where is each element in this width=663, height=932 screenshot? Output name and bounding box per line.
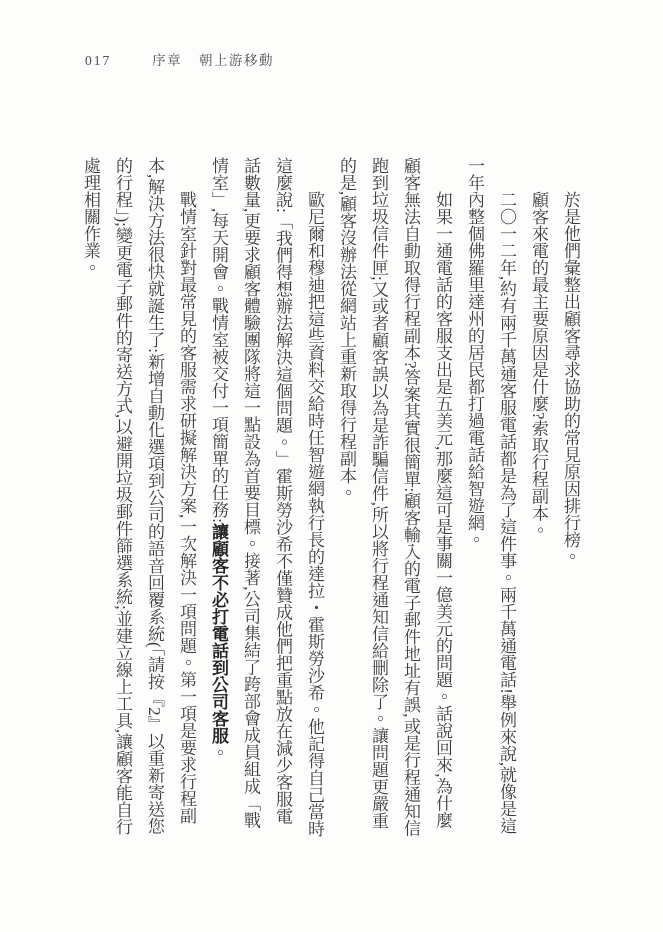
paragraph: 顧客來電的最主要原因是什麼?索取行程副本。 [522,157,554,837]
body-text: 於是他們彙整出顧客尋求協助的常見原因排行榜。顧客來電的最主要原因是什麼?索取行程… [74,157,586,837]
page-header: 017 序章 朝上游移動 [85,53,274,68]
paragraph-text: 顧客來電的最主要原因是什麼?索取行程副本。 [529,191,548,539]
paragraph: 戰情室針對最常見的客服需求研擬解決方案,一次解決一項問題。第一項是要求行程副本,… [74,157,202,837]
bold-emphasis-text: 讓顧客不必打電話到公司客服 [209,523,228,744]
chapter-label: 序章 [152,53,182,68]
chapter-title: 朝上游移動 [199,53,274,68]
page-number: 017 [85,53,111,68]
paragraph: 歐尼爾和穆迪把這些資料交給時任智遊網執行長的達拉・霍斯勞沙希。他記得自己當時這麼… [202,157,330,837]
book-page: 017 序章 朝上游移動 於是他們彙整出顧客尋求協助的常見原因排行榜。顧客來電的… [0,0,663,932]
paragraph-text: 。 [209,744,228,761]
paragraph-text: 二〇一二年,約有兩千萬通客服電話都是為了這件事。兩千萬通電話!舉例來說,就像是這… [465,157,516,834]
paragraph: 二〇一二年,約有兩千萬通客服電話都是為了這件事。兩千萬通電話!舉例來說,就像是這… [458,157,522,837]
paragraph-text: 於是他們彙整出顧客尋求協助的常見原因排行榜。 [561,191,580,565]
paragraph-text: 戰情室針對最常見的客服需求研擬解決方案,一次解決一項問題。第一項是要求行程副本,… [81,157,196,835]
paragraph: 於是他們彙整出顧客尋求協助的常見原因排行榜。 [554,157,586,837]
paragraph: 如果一通電話的客服支出是五美元,那麼這可是事關一億美元的問題。話說回來,為什麼顧… [330,157,458,837]
paragraph-text: 如果一通電話的客服支出是五美元,那麼這可是事關一億美元的問題。話說回來,為什麼顧… [337,157,452,837]
